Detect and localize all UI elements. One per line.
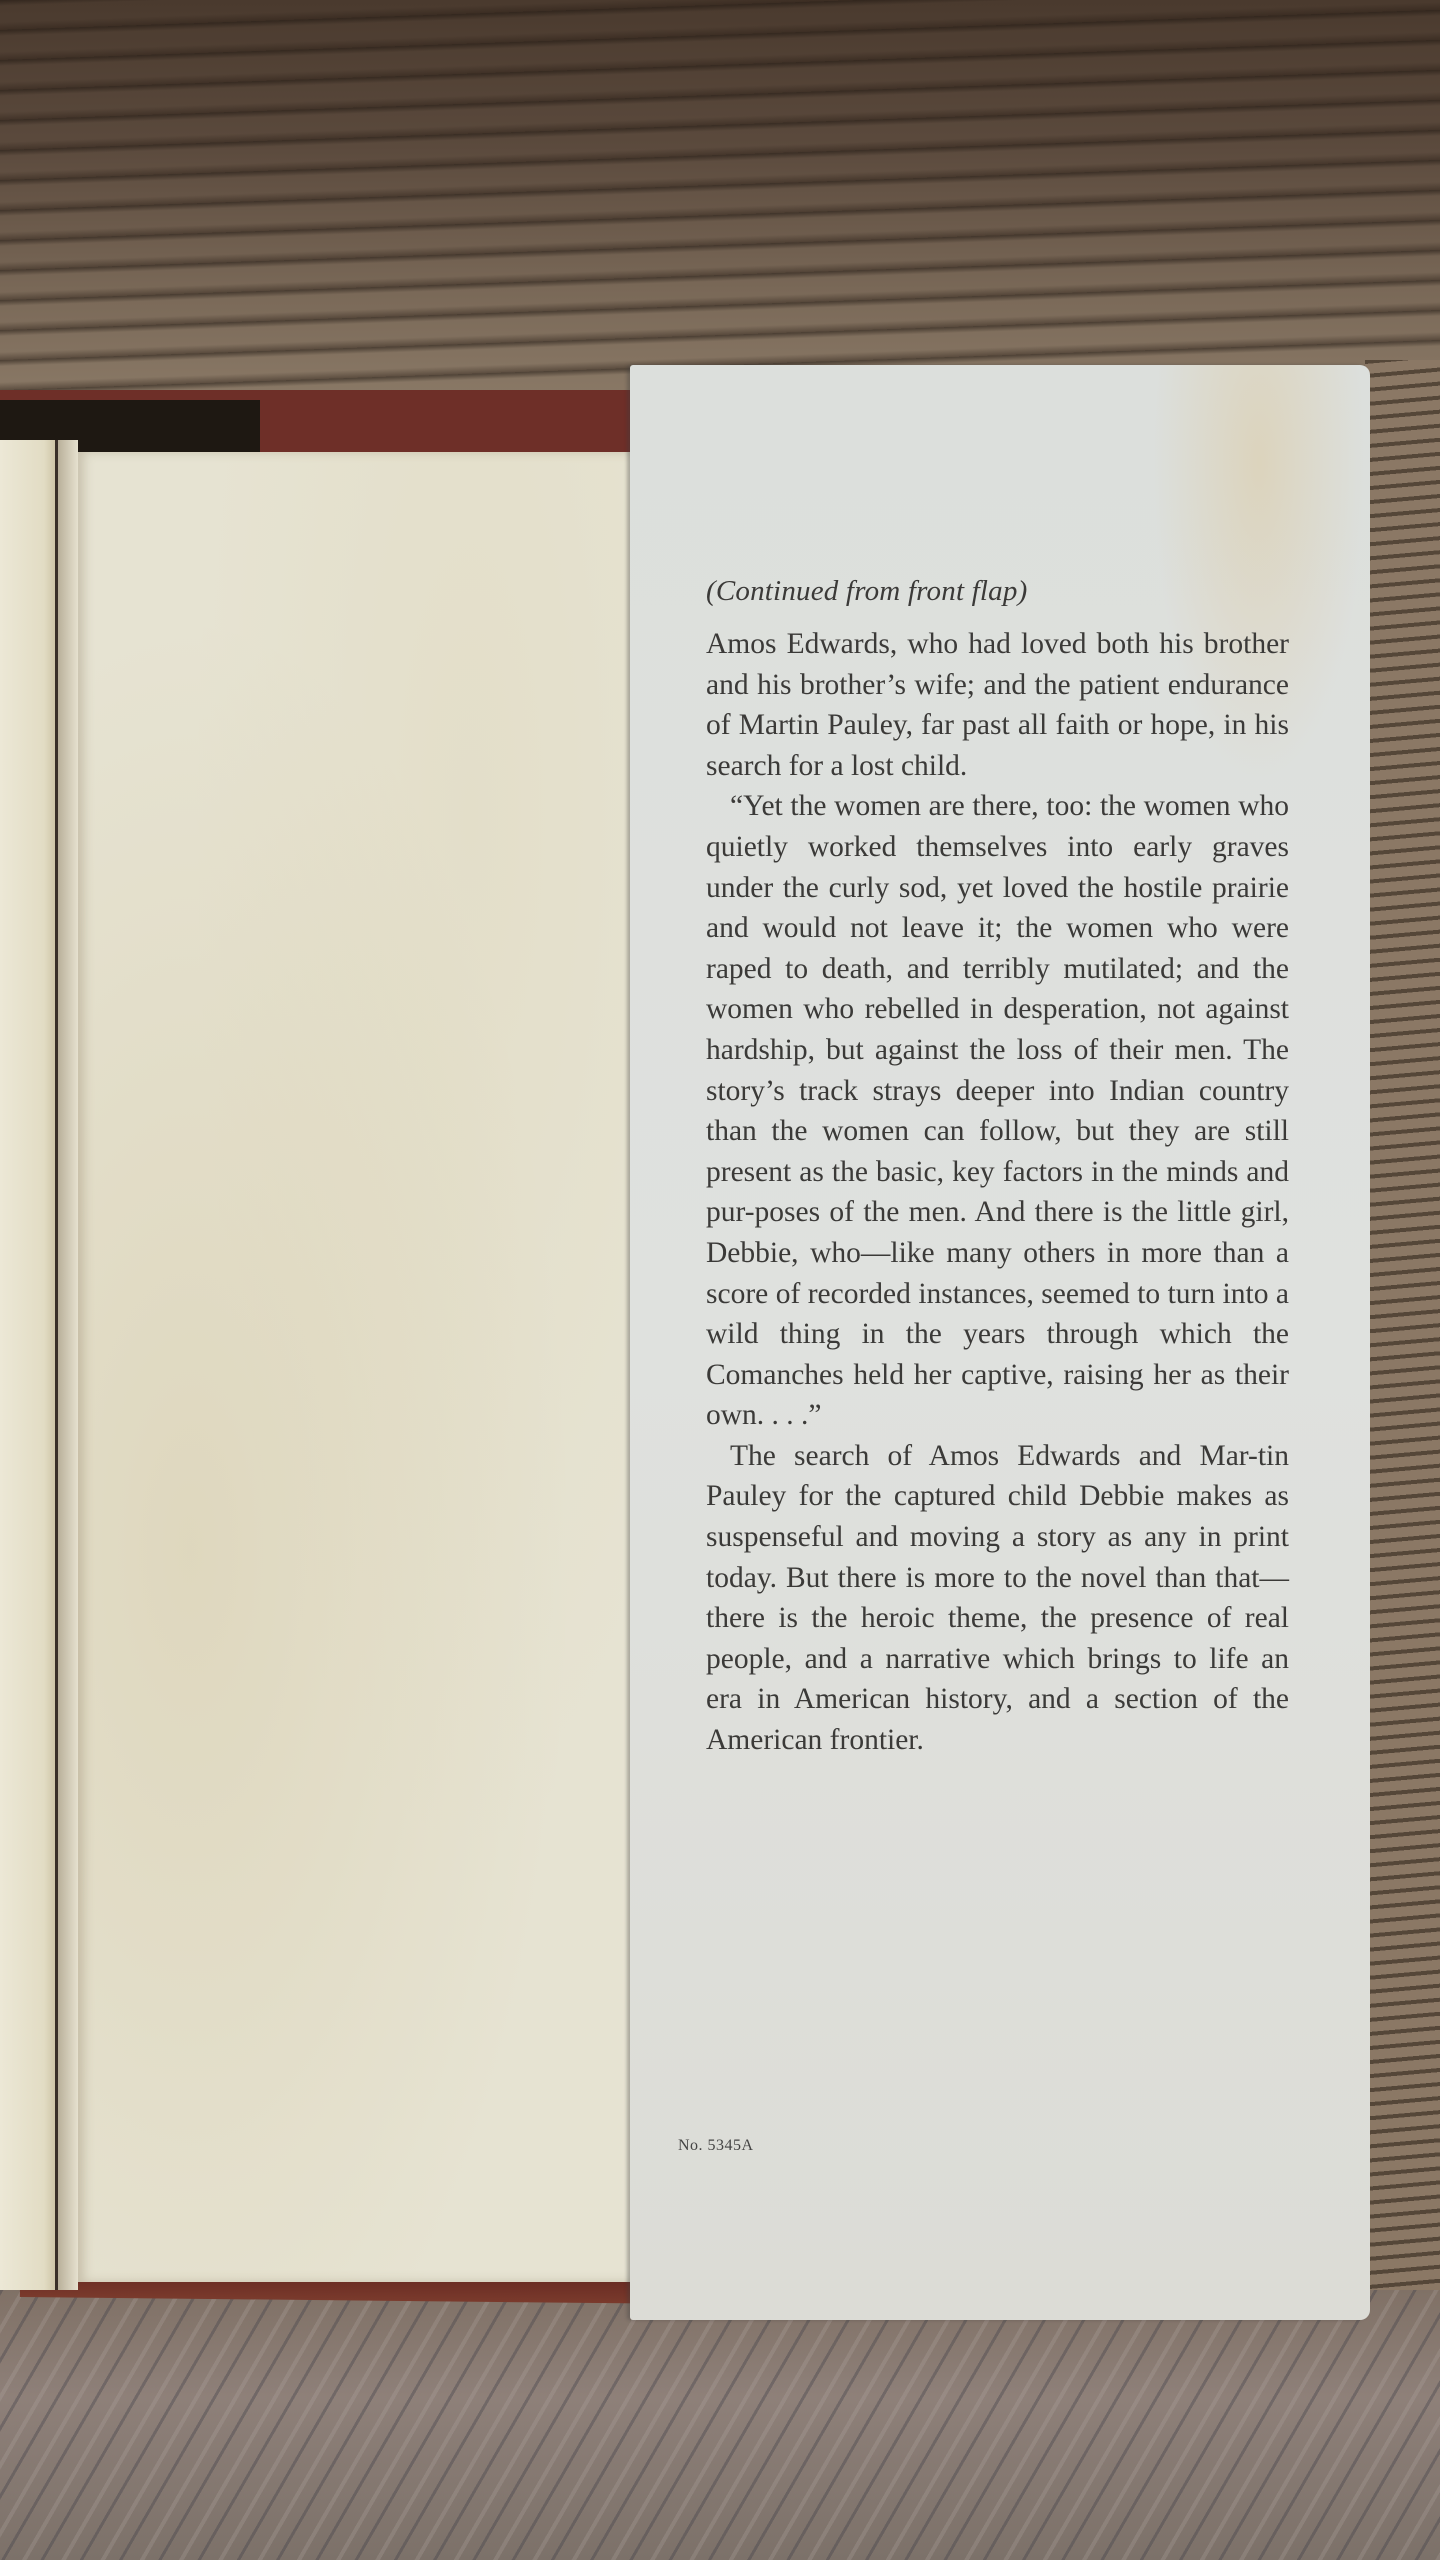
flap-paragraph-1: Amos Edwards, who had loved both his bro… xyxy=(706,624,1289,786)
catalog-number: No. 5345A xyxy=(678,2137,754,2155)
dust-jacket-back-flap: (Continued from front flap) Amos Edwards… xyxy=(630,365,1370,2320)
wooden-table-bottom xyxy=(0,2290,1440,2560)
flap-paragraph-2: “Yet the women are there, too: the women… xyxy=(706,786,1289,1436)
continued-label: (Continued from front flap) xyxy=(706,575,1289,608)
left-page-edge xyxy=(0,440,58,2290)
flap-paragraph-3: The search of Amos Edwards and Mar-tin P… xyxy=(706,1436,1289,1761)
endpaper xyxy=(78,452,638,2282)
book-gutter xyxy=(58,440,78,2290)
wooden-table-top xyxy=(0,0,1440,420)
wooden-table-right xyxy=(1365,360,1440,2360)
flap-text-block: (Continued from front flap) Amos Edwards… xyxy=(706,575,1289,1761)
